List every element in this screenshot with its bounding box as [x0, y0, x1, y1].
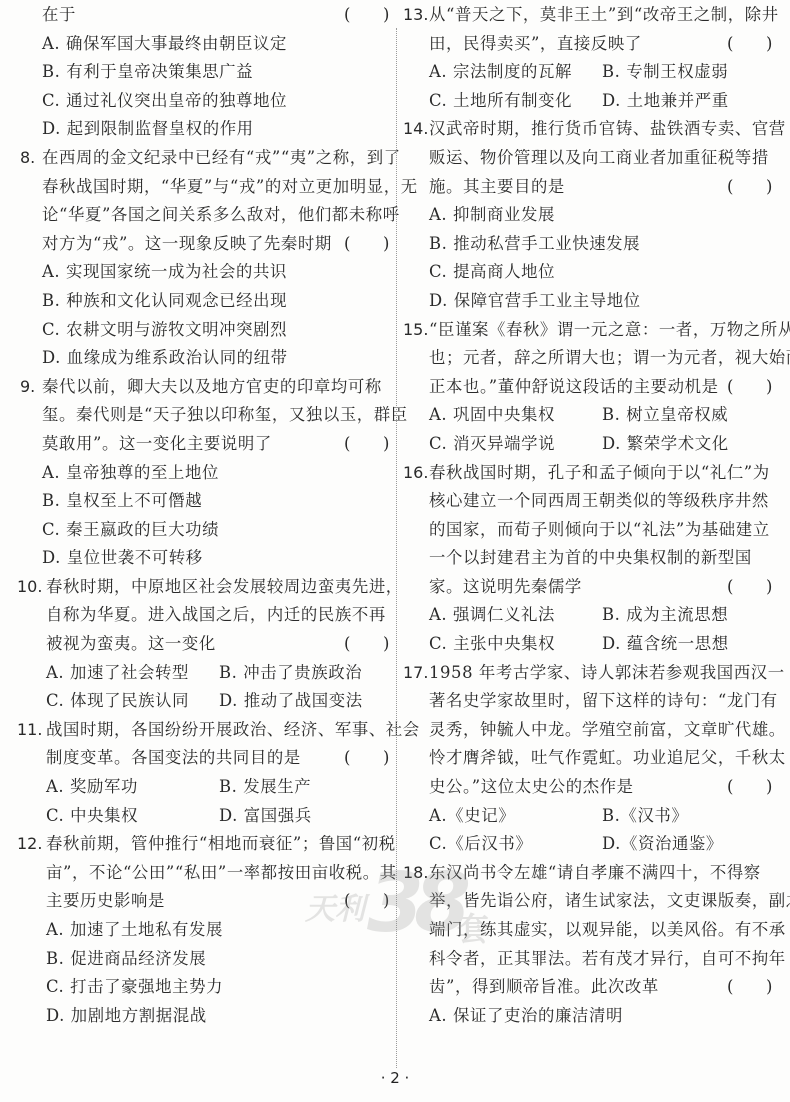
q8-option-d: D. 血缘成为维系政治认同的纽带 [20, 344, 390, 373]
q8-line-2: 春秋战国时期，“华夏”与“戎”的对立更加明显，无 [20, 173, 390, 202]
q14-option-a: A. 抑制商业发展 [403, 201, 773, 230]
q17-text: 史公。”这位太史公的杰作是 [429, 777, 634, 796]
q16-line-5: 家。这说明先秦儒学 () [403, 573, 773, 602]
open-paren: ( [344, 1, 351, 30]
q10-line-2: 自称为华夏。进入战国之后，内迁的民族不再 [20, 601, 390, 630]
q9-line-2: 玺。秦代则是“天子独以印称玺，又独以玉，群臣 [20, 401, 390, 430]
q7-option-d: D. 起到限制监督皇权的作用 [20, 115, 390, 144]
open-paren: ( [727, 773, 734, 802]
q12-line-3: 主要历史影响是 () [20, 887, 390, 916]
q10-option-c: C. 体现了民族认同 [46, 687, 189, 716]
q14-line-3: 施。其主要目的是 () [403, 173, 773, 202]
q17-options-row-1: A.《史记》B.《汉书》 [403, 802, 773, 831]
q15-text: 正本也。”董仲舒说这段话的主要动机是 [429, 377, 719, 396]
q17-text: 1958 年考古学家、诗人郭沫若参观我国西汉一 [429, 659, 785, 688]
q8-line-1: 8.在西周的金文纪录中已经有“戎”“夷”之称，到了 [20, 144, 390, 173]
q14-option-c: C. 提高商人地位 [403, 258, 773, 287]
q13-option-b: B. 专制王权虚弱 [602, 58, 728, 87]
q13-options-row-2: C. 土地所有制变化D. 土地兼并严重 [403, 87, 773, 116]
close-paren: ) [383, 230, 390, 259]
question-number: 12. [17, 830, 42, 859]
answer-bracket: () [727, 773, 773, 802]
q18-line-2: 举，皆先诣公府，诸生试家法，文吏课版奏，副之 [403, 887, 773, 916]
q11-text: 战国时期，各国纷纷开展政治、经济、军事、社会 [46, 716, 420, 745]
q18-line-3: 端门，练其虚实，以观异能，以美风俗。有不承 [403, 916, 773, 945]
q15-line-1: 15.“臣谨案《春秋》谓一元之意：一者，万物之所从始 [403, 316, 773, 345]
q12-text: 主要历史影响是 [46, 891, 165, 910]
q16-option-d: D. 蕴含统一思想 [602, 630, 729, 659]
q15-line-3: 正本也。”董仲舒说这段话的主要动机是 () [403, 373, 773, 402]
q8-option-a: A. 实现国家统一成为社会的共识 [20, 258, 390, 287]
q18-line-4: 科令者，正其罪法。若有茂才异行，自可不拘年 [403, 945, 773, 974]
q15-option-c: C. 消灭异端学说 [429, 430, 555, 459]
q15-text: “臣谨案《春秋》谓一元之意：一者，万物之所从始 [429, 316, 790, 345]
q17-line-4: 怜才膺斧钺，吐气作霓虹。功业追尼父，千秋太 [403, 744, 773, 773]
q16-line-2: 核心建立一个同西周王朝类似的等级秩序井然 [403, 487, 773, 516]
answer-bracket: () [344, 430, 390, 459]
q11-text: 制度变革。各国变法的共同目的是 [46, 748, 301, 767]
q17-option-d: D.《资治通鉴》 [602, 830, 723, 859]
q14-option-b: B. 推动私营手工业快速发展 [403, 230, 773, 259]
q10-options-row-1: A. 加速了社会转型B. 冲击了贵族政治 [20, 659, 390, 688]
q14-option-d: D. 保障官营手工业主导地位 [403, 287, 773, 316]
q13-line-1: 13.从“普天之下，莫非王土”到“改帝王之制，除井 [403, 1, 773, 30]
q14-text: 施。其主要目的是 [429, 177, 565, 196]
q8-option-c: C. 农耕文明与游牧文明冲突剧烈 [20, 316, 390, 345]
close-paren: ) [766, 173, 773, 202]
q11-option-b: B. 发展生产 [219, 773, 311, 802]
q10-text: 被视为蛮夷。这一变化 [46, 634, 216, 653]
close-paren: ) [766, 573, 773, 602]
q17-line-3: 灵秀，钟毓人中龙。学殖空前富，文章旷代雄。 [403, 716, 773, 745]
column-divider [396, 28, 397, 1068]
q8-text: 在西周的金文纪录中已经有“戎”“夷”之称，到了 [42, 144, 401, 173]
q12-option-b: B. 促进商品经济发展 [20, 945, 390, 974]
close-paren: ) [383, 744, 390, 773]
close-paren: ) [766, 773, 773, 802]
q11-options-row-2: C. 中央集权D. 富国强兵 [20, 802, 390, 831]
q9-option-d: D. 皇位世袭不可转移 [20, 544, 390, 573]
answer-bracket: () [344, 887, 390, 916]
answer-bracket: () [344, 630, 390, 659]
q7-option-b: B. 有利于皇帝决策集思广益 [20, 58, 390, 87]
q15-option-a: A. 巩固中央集权 [429, 401, 555, 430]
q13-option-a: A. 宗法制度的瓦解 [429, 58, 572, 87]
answer-bracket: () [727, 373, 773, 402]
question-number: 11. [17, 716, 42, 745]
q10-option-b: B. 冲击了贵族政治 [219, 659, 362, 688]
question-number: 14. [403, 115, 428, 144]
question-number: 9. [20, 373, 35, 402]
q16-line-4: 一个以封建君主为首的中央集权制的新型国 [403, 544, 773, 573]
q12-option-a: A. 加速了土地私有发展 [20, 916, 390, 945]
q11-option-d: D. 富国强兵 [219, 802, 312, 831]
open-paren: ( [727, 30, 734, 59]
q13-text: 从“普天之下，莫非王土”到“改帝王之制，除井 [429, 1, 779, 30]
q16-text: 家。这说明先秦儒学 [429, 577, 582, 596]
open-paren: ( [344, 230, 351, 259]
open-paren: ( [727, 573, 734, 602]
answer-bracket: () [344, 744, 390, 773]
open-paren: ( [344, 430, 351, 459]
right-column: 13.从“普天之下，莫非王土”到“改帝王之制，除井 田，民得卖买”，直接反映了 … [403, 1, 773, 1030]
answer-bracket: () [727, 973, 773, 1002]
q10-option-a: A. 加速了社会转型 [46, 659, 189, 688]
q16-option-c: C. 主张中央集权 [429, 630, 555, 659]
q17-line-1: 17.1958 年考古学家、诗人郭沫若参观我国西汉一 [403, 659, 773, 688]
q17-options-row-2: C.《后汉书》D.《资治通鉴》 [403, 830, 773, 859]
q11-line-2: 制度变革。各国变法的共同目的是 () [20, 744, 390, 773]
close-paren: ) [383, 887, 390, 916]
q13-line-2: 田，民得卖买”，直接反映了 () [403, 30, 773, 59]
q11-line-1: 11.战国时期，各国纷纷开展政治、经济、军事、社会 [20, 716, 390, 745]
q10-line-1: 10.春秋时期，中原地区社会发展较周边蛮夷先进， [20, 573, 390, 602]
close-paren: ) [383, 1, 390, 30]
close-paren: ) [766, 30, 773, 59]
open-paren: ( [727, 173, 734, 202]
q15-option-d: D. 繁荣学术文化 [602, 430, 729, 459]
question-number: 15. [403, 316, 428, 345]
q11-option-a: A. 奖励军功 [46, 773, 138, 802]
q13-options-row-1: A. 宗法制度的瓦解B. 专制王权虚弱 [403, 58, 773, 87]
open-paren: ( [344, 630, 351, 659]
q10-line-3: 被视为蛮夷。这一变化 () [20, 630, 390, 659]
q9-line-3: 莫敢用”。这一变化主要说明了 () [20, 430, 390, 459]
answer-bracket: () [344, 1, 390, 30]
page-number: · 2 · [0, 1069, 790, 1087]
q18-text: 齿”，得到顺帝旨准。此次改革 [429, 977, 659, 996]
close-paren: ) [766, 373, 773, 402]
q8-line-3: 论“华夏”各国之间关系多么敌对，他们都未称呼 [20, 201, 390, 230]
q10-option-d: D. 推动了战国变法 [219, 687, 363, 716]
q17-option-a: A.《史记》 [429, 802, 515, 831]
open-paren: ( [727, 373, 734, 402]
q15-options-row-1: A. 巩固中央集权B. 树立皇帝权威 [403, 401, 773, 430]
q13-option-c: C. 土地所有制变化 [429, 87, 572, 116]
q15-line-2: 也；元者，辞之所谓大也；谓一为元者，视大始而欲 [403, 344, 773, 373]
q9-option-a: A. 皇帝独尊的至上地位 [20, 459, 390, 488]
close-paren: ) [383, 430, 390, 459]
q12-line-1: 12.春秋前期，管仲推行“相地而衰征”；鲁国“初税 [20, 830, 390, 859]
q16-option-a: A. 强调仁义礼法 [429, 601, 555, 630]
answer-bracket: () [727, 30, 773, 59]
q7-option-a: A. 确保军国大事最终由朝臣议定 [20, 30, 390, 59]
q18-line-5: 齿”，得到顺帝旨准。此次改革 () [403, 973, 773, 1002]
close-paren: ) [383, 630, 390, 659]
q12-option-d: D. 加剧地方割据混战 [20, 1002, 390, 1031]
q12-line-2: 亩”，不论“公田”“私田”一率都按田亩收税。其 [20, 859, 390, 888]
open-paren: ( [344, 744, 351, 773]
q14-line-2: 贩运、物价管理以及向工商业者加重征税等措 [403, 144, 773, 173]
q18-line-1: 18.东汉尚书令左雄“请自孝廉不满四十，不得察 [403, 859, 773, 888]
q16-line-1: 16.春秋战国时期，孔子和孟子倾向于以“礼仁”为 [403, 459, 773, 488]
q8-option-b: B. 种族和文化认同观念已经出现 [20, 287, 390, 316]
q15-option-b: B. 树立皇帝权威 [602, 401, 728, 430]
question-number: 10. [17, 573, 42, 602]
close-paren: ) [766, 973, 773, 1002]
answer-bracket: () [727, 573, 773, 602]
question-number: 16. [403, 459, 428, 488]
q14-line-1: 14.汉武帝时期，推行货币官铸、盐铁酒专卖、官营 [403, 115, 773, 144]
q9-option-b: B. 皇权至上不可僭越 [20, 487, 390, 516]
q9-line-1: 9.秦代以前，卿大夫以及地方官吏的印章均可称 [20, 373, 390, 402]
q16-options-row-2: C. 主张中央集权D. 蕴含统一思想 [403, 630, 773, 659]
question-number: 18. [403, 859, 428, 888]
q16-option-b: B. 成为主流思想 [602, 601, 728, 630]
q14-text: 汉武帝时期，推行货币官铸、盐铁酒专卖、官营 [429, 115, 786, 144]
answer-bracket: () [727, 173, 773, 202]
q7-line: 在于 [42, 5, 76, 24]
q8-text: 对方为“戎”。这一现象反映了先秦时期 [42, 234, 332, 253]
question-number: 13. [403, 1, 428, 30]
q13-option-d: D. 土地兼并严重 [602, 87, 729, 116]
q11-options-row-1: A. 奖励军功B. 发展生产 [20, 773, 390, 802]
q17-line-5: 史公。”这位太史公的杰作是 () [403, 773, 773, 802]
answer-bracket: () [344, 230, 390, 259]
q17-option-b: B.《汉书》 [602, 802, 688, 831]
q12-text: 春秋前期，管仲推行“相地而衰征”；鲁国“初税 [46, 830, 396, 859]
q11-option-c: C. 中央集权 [46, 802, 138, 831]
q9-text: 莫敢用”。这一变化主要说明了 [42, 434, 272, 453]
question-number: 8. [20, 144, 35, 173]
q10-text: 春秋时期，中原地区社会发展较周边蛮夷先进， [46, 573, 403, 602]
q16-line-3: 的国家，而荀子则倾向于以“礼法”为基础建立 [403, 516, 773, 545]
q18-text: 东汉尚书令左雄“请自孝廉不满四十，不得察 [429, 859, 761, 888]
q7-option-c: C. 通过礼仪突出皇帝的独尊地位 [20, 87, 390, 116]
q10-options-row-2: C. 体现了民族认同D. 推动了战国变法 [20, 687, 390, 716]
left-column: 在于 () A. 确保军国大事最终由朝臣议定 B. 有利于皇帝决策集思广益 C.… [20, 1, 390, 1030]
q15-options-row-2: C. 消灭异端学说D. 繁荣学术文化 [403, 430, 773, 459]
q8-line-4: 对方为“戎”。这一现象反映了先秦时期 () [20, 230, 390, 259]
q17-line-2: 著名史学家故里时，留下这样的诗句：“龙门有 [403, 687, 773, 716]
q9-text: 秦代以前，卿大夫以及地方官吏的印章均可称 [42, 373, 382, 402]
q17-option-c: C.《后汉书》 [429, 830, 532, 859]
open-paren: ( [727, 973, 734, 1002]
question-number: 17. [403, 659, 428, 688]
q7-stem-tail: 在于 () [20, 1, 390, 30]
q9-option-c: C. 秦王嬴政的巨大功绩 [20, 516, 390, 545]
q16-text: 春秋战国时期，孔子和孟子倾向于以“礼仁”为 [429, 459, 770, 488]
q12-option-c: C. 打击了豪强地主势力 [20, 973, 390, 1002]
open-paren: ( [344, 887, 351, 916]
q13-text: 田，民得卖买”，直接反映了 [429, 34, 642, 53]
q18-option-a: A. 保证了吏治的廉洁清明 [403, 1002, 773, 1031]
q16-options-row-1: A. 强调仁义礼法B. 成为主流思想 [403, 601, 773, 630]
